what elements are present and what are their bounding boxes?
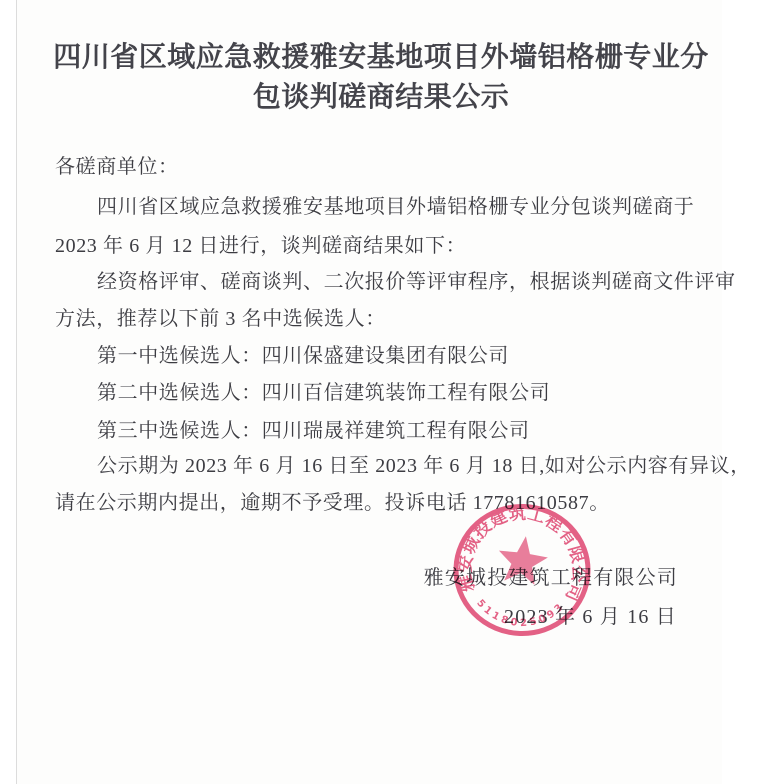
body-line: 经资格评审、磋商谈判、二次报价等评审程序，根据谈判磋商文件评审 — [97, 269, 736, 295]
publicity-period-line: 公示期为 2023 年 6 月 16 日至 2023 年 6 月 18 日,如对… — [97, 453, 751, 479]
seal-star-icon — [495, 533, 550, 586]
scanned-notice-page: 四川省区域应急救援雅安基地项目外墙铝格栅专业分 包谈判磋商结果公示 各磋商单位：… — [0, 0, 762, 784]
candidate-line-1: 第一中选候选人：四川保盛建设集团有限公司 — [97, 343, 509, 369]
notice-title-line-1: 四川省区域应急救援雅安基地项目外墙铝格栅专业分 — [0, 41, 762, 72]
body-line: 方法，推荐以下前 3 名中选候选人： — [55, 306, 386, 332]
salutation-line: 各磋商单位： — [55, 154, 179, 180]
notice-title-line-2: 包谈判磋商结果公示 — [0, 81, 762, 112]
body-line: 2023 年 6 月 12 日进行，谈判磋商结果如下： — [55, 233, 466, 259]
candidate-line-3: 第三中选候选人：四川瑞晟祥建筑工程有限公司 — [97, 418, 530, 444]
official-red-seal: 雅安城投建筑工程有限公司 51180250930 — [448, 499, 597, 642]
body-line: 四川省区域应急救援雅安基地项目外墙铝格栅专业分包谈判磋商于 — [97, 194, 694, 220]
candidate-line-2: 第二中选候选人：四川百信建筑装饰工程有限公司 — [97, 380, 550, 406]
